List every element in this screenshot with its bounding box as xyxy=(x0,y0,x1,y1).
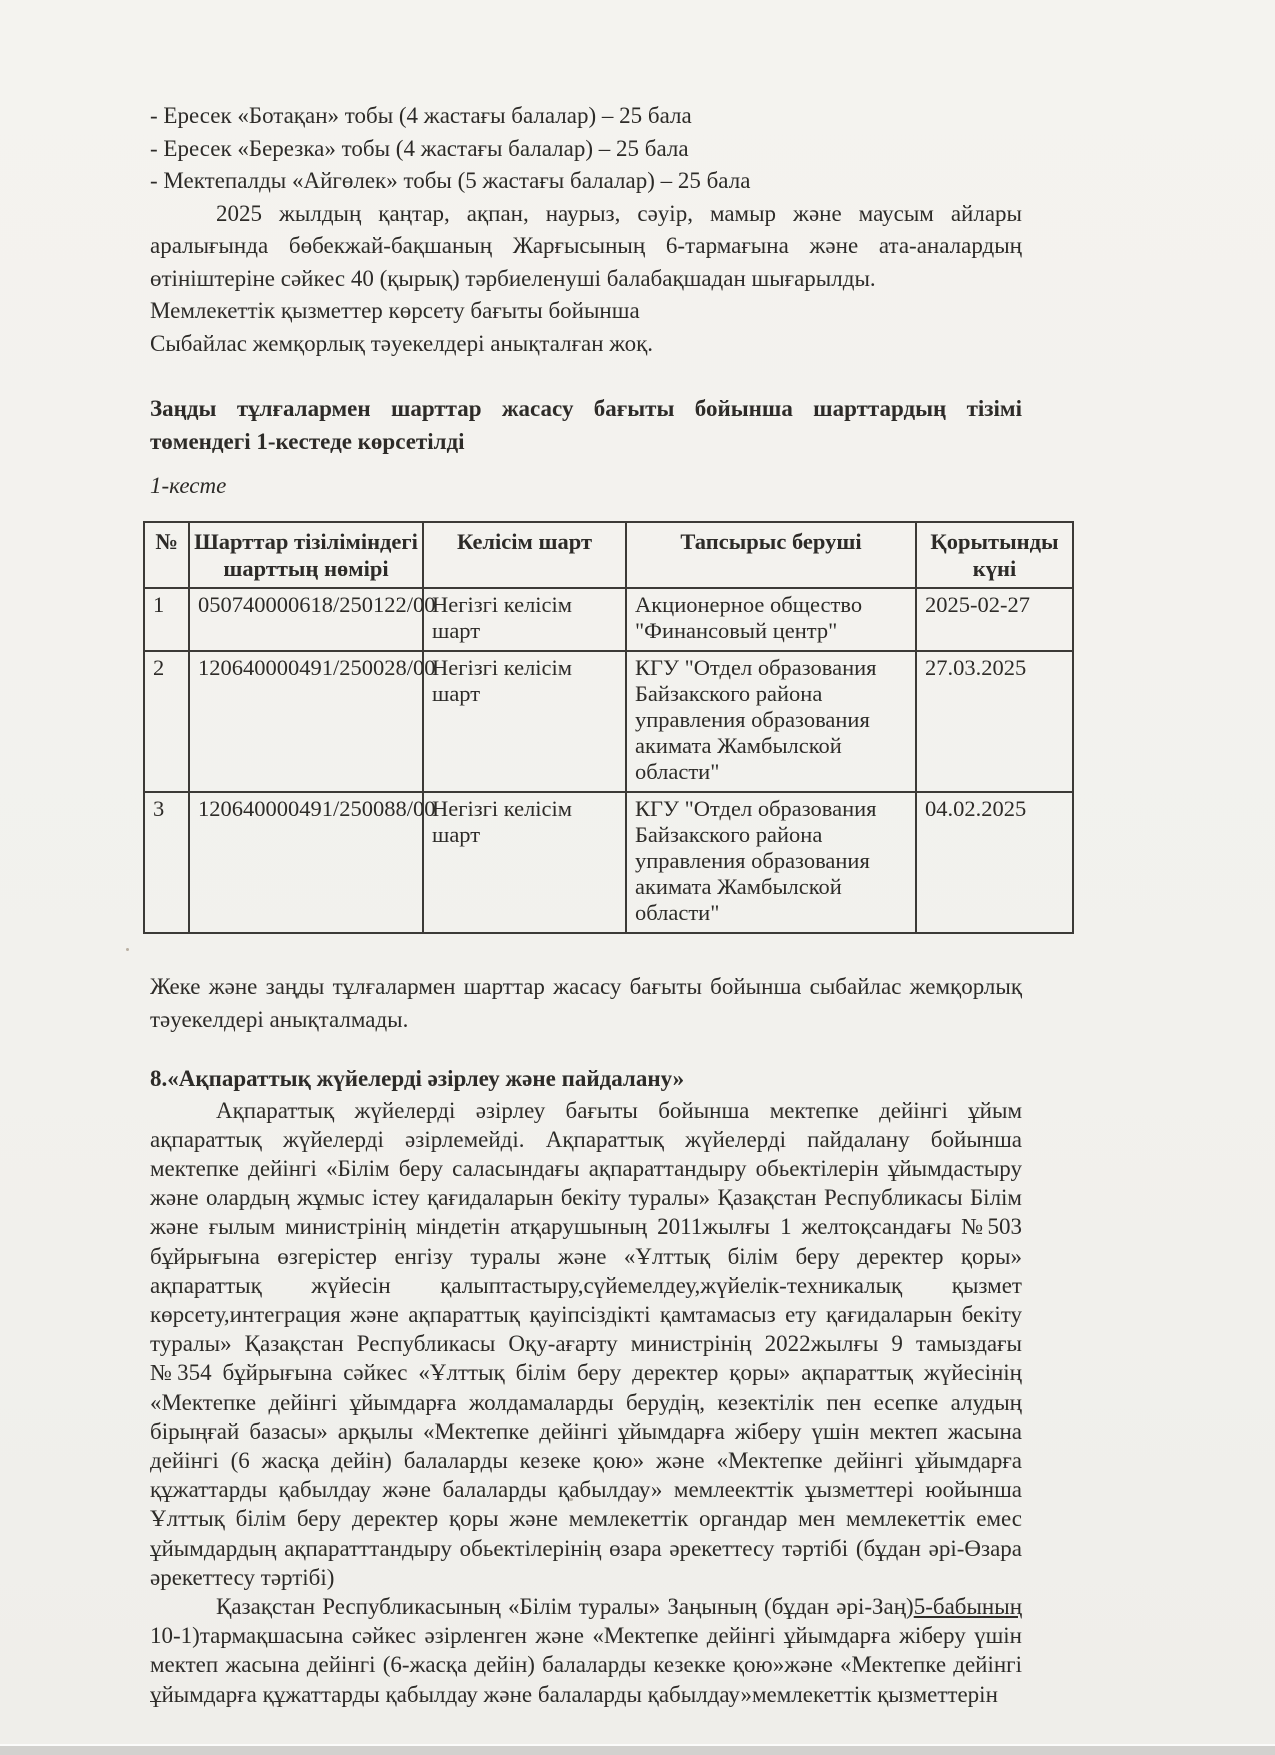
cell-row2-customer: КГУ "Отдел образования Байзакского район… xyxy=(626,651,916,792)
group-list-line-1: - Ересек «Ботақан» тобы (4 жастағы балал… xyxy=(150,100,1022,133)
line-public-services: Мемлекеттік қызметтер көрсету бағыты бой… xyxy=(150,295,1022,328)
contracts-table-body: 1 050740000618/250122/00 Негізгі келісім… xyxy=(144,588,1073,933)
cell-row2-number: 120640000491/250028/00 xyxy=(189,651,423,792)
cell-row2-date: 27.03.2025 xyxy=(916,651,1073,792)
cell-row1-customer: Акционерное общество "Финансовый центр" xyxy=(626,588,916,651)
table-caption: 1-кесте xyxy=(150,471,1022,500)
contracts-table: № Шарттар тізіліміндегі шарттың нөмірі К… xyxy=(143,521,1074,934)
cell-row3-customer: КГУ "Отдел образования Байзакского район… xyxy=(626,792,916,933)
law-text-before-underline: Қазақстан Республикасының «Білім туралы»… xyxy=(216,1594,914,1619)
heading-information-systems: 8.«Ақпараттық жүйелерді әзірлеу және пай… xyxy=(150,1063,1022,1096)
header-cell-contract-type: Келісім шарт xyxy=(423,522,626,588)
cell-row1-number: 050740000618/250122/00 xyxy=(189,588,423,651)
scan-speck xyxy=(836,744,840,748)
table-row: 3 120640000491/250088/00 Негізгі келісім… xyxy=(144,792,1073,933)
scanned-document-page: { "content": { "group_lines": [ "- Ересе… xyxy=(0,0,1275,1755)
cell-row3-number: 120640000491/250088/00 xyxy=(189,792,423,933)
header-cell-contract-number: Шарттар тізіліміндегі шарттың нөмірі xyxy=(189,522,423,588)
table-row: 1 050740000618/250122/00 Негізгі келісім… xyxy=(144,588,1073,651)
cell-row2-no: 2 xyxy=(144,651,189,792)
cell-row2-type: Негізгі келісім шарт xyxy=(423,651,626,792)
line-no-corruption-risks: Сыбайлас жемқорлық тәуекелдері анықталға… xyxy=(150,328,1022,361)
scan-speck xyxy=(569,1498,573,1501)
cell-row3-date: 04.02.2025 xyxy=(916,792,1073,933)
table-header-row: № Шарттар тізіліміндегі шарттың нөмірі К… xyxy=(144,522,1073,588)
scan-edge-shadow xyxy=(0,1744,1275,1755)
header-cell-number-sign: № xyxy=(144,522,189,588)
group-list-line-2: - Ересек «Березка» тобы (4 жастағы балал… xyxy=(150,133,1022,166)
header-cell-customer: Тапсырыс беруші xyxy=(626,522,916,588)
contracts-table-header: № Шарттар тізіліміндегі шарттың нөмірі К… xyxy=(144,522,1073,588)
scan-speck xyxy=(126,948,129,951)
cell-row3-type: Негізгі келісім шарт xyxy=(423,792,626,933)
cell-row1-type: Негізгі келісім шарт xyxy=(423,588,626,651)
paragraph-information-systems: Ақпараттық жүйелерді әзірлеу бағыты бойы… xyxy=(150,1096,1022,1592)
heading-contracts-list: Заңды тұлғалармен шарттар жасасу бағыты … xyxy=(150,393,1022,458)
cell-row1-date: 2025-02-27 xyxy=(916,588,1073,651)
cell-row1-no: 1 xyxy=(144,588,189,651)
law-text-after-underline: 10-1)тармақшасына сәйкес әзірленген және… xyxy=(150,1623,1022,1706)
table-row: 2 120640000491/250028/00 Негізгі келісім… xyxy=(144,651,1073,792)
group-list-line-3: - Мектепалды «Айгөлек» тобы (5 жастағы б… xyxy=(150,165,1022,198)
header-cell-final-date: Қорытынды күні xyxy=(916,522,1073,588)
paragraph-no-risks-found: Жеке және заңды тұлғалармен шарттар жаса… xyxy=(150,971,1022,1036)
paragraph-education-law: Қазақстан Республикасының «Білім туралы»… xyxy=(150,1592,1022,1709)
paragraph-expelled-children: 2025 жылдың қаңтар, ақпан, наурыз, сәуір… xyxy=(150,198,1022,296)
document-text-block: - Ересек «Ботақан» тобы (4 жастағы балал… xyxy=(150,100,1022,1709)
cell-row3-no: 3 xyxy=(144,792,189,933)
law-article-underlined: 5-бабының xyxy=(914,1594,1022,1619)
